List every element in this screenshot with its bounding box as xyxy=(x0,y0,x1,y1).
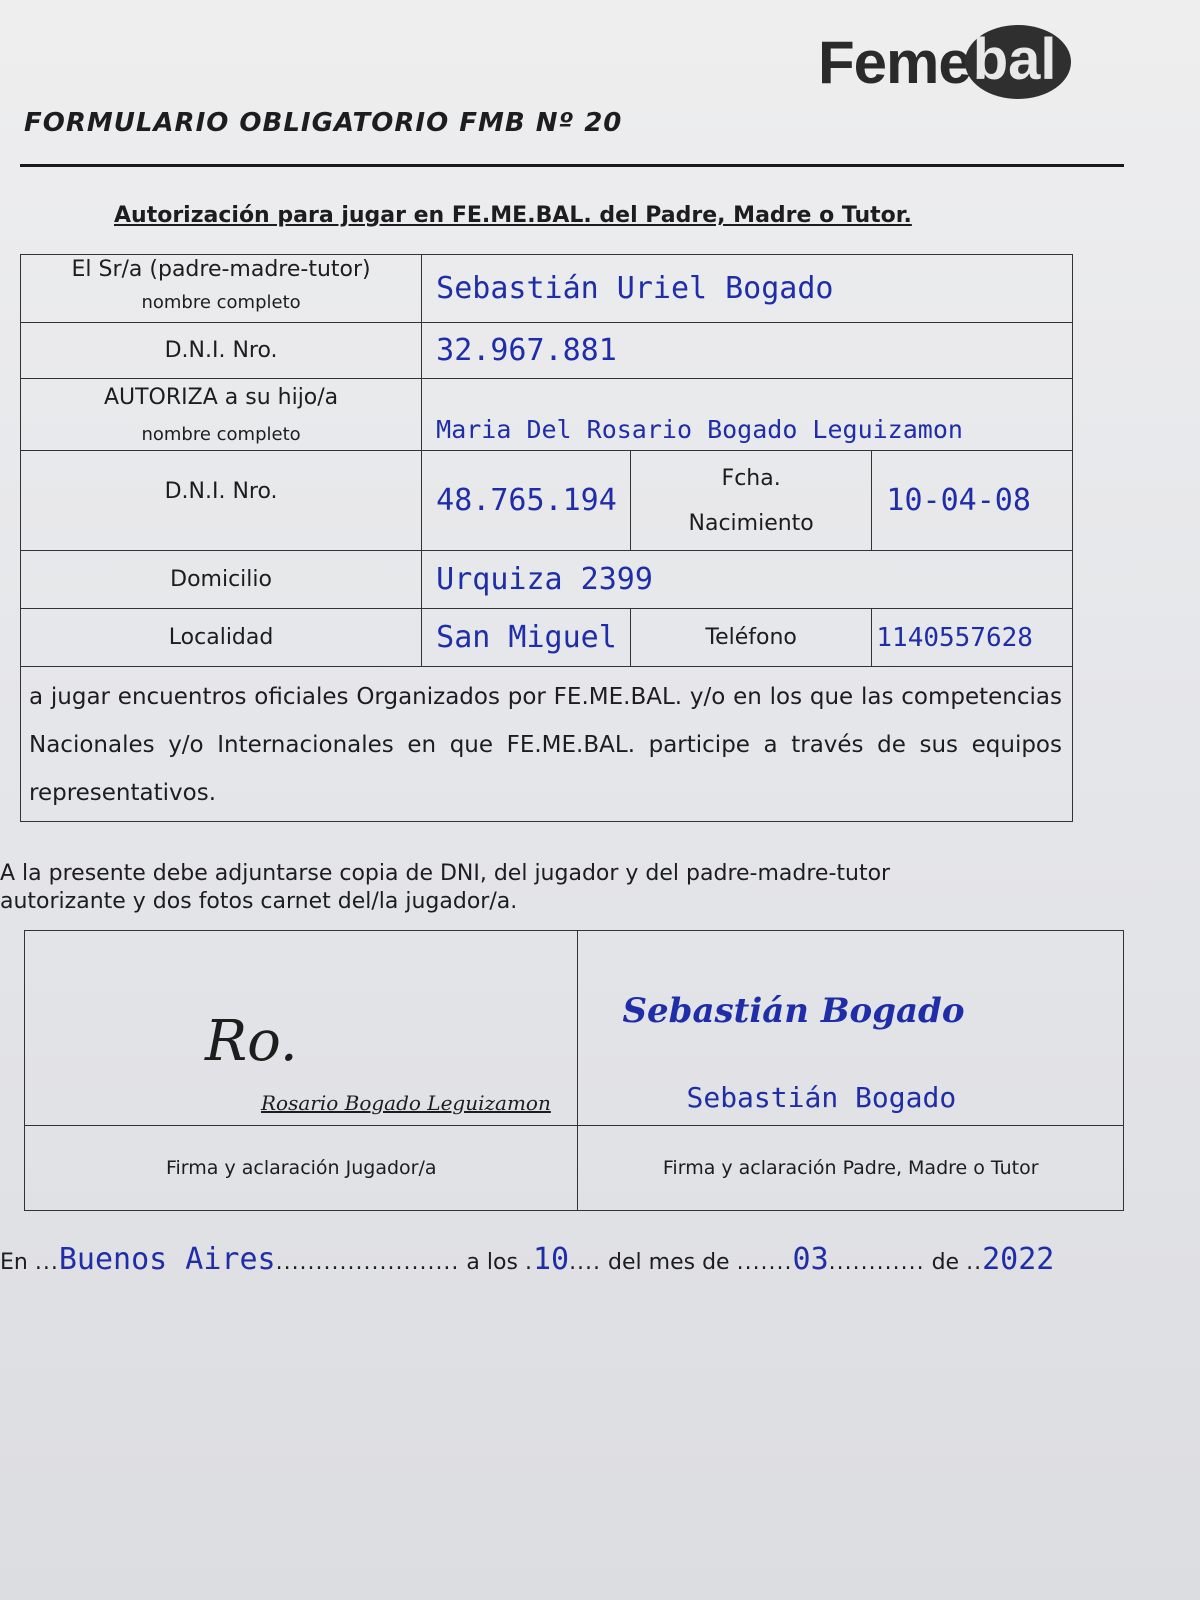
month-field[interactable]: 03 xyxy=(793,1242,829,1277)
femebal-logo: Femebal xyxy=(818,22,1071,102)
de-label: de xyxy=(932,1250,960,1275)
birth-date-label-cell: Fcha. Nacimiento xyxy=(630,451,872,551)
guardian-signature-caption: Firma y aclaración Padre, Madre o Tutor xyxy=(578,1126,1124,1211)
authorization-table: El Sr/a (padre-madre-tutor) nombre compl… xyxy=(20,254,1073,822)
child-label-cell: AUTORIZA a su hijo/a nombre completo xyxy=(21,379,422,451)
guardian-clarification: Sebastián Bogado xyxy=(686,1081,956,1114)
guardian-label: El Sr/a (padre-madre-tutor) xyxy=(21,257,421,282)
place-field[interactable]: Buenos Aires xyxy=(59,1242,276,1277)
player-signature: Ro. xyxy=(205,1009,298,1074)
day-field[interactable]: 10 xyxy=(533,1242,569,1277)
birth-date-field[interactable]: 10-04-08 xyxy=(872,451,1073,551)
guardian-name-field[interactable]: Sebastián Uriel Bogado xyxy=(422,255,1073,323)
birth-label-2: Nacimiento xyxy=(631,511,872,536)
child-dni-label: D.N.I. Nro. xyxy=(21,451,422,551)
attachment-note: A la presente debe adjuntarse copia de D… xyxy=(0,860,890,916)
child-dni-field[interactable]: 48.765.194 xyxy=(422,451,631,551)
note-line-2: autorizante y dos fotos carnet del/la ju… xyxy=(0,888,890,916)
locality-field[interactable]: San Miguel xyxy=(422,609,631,667)
logo-text: Feme xyxy=(818,28,971,97)
a-los-label: a los xyxy=(466,1250,518,1275)
locality-label: Localidad xyxy=(21,609,422,667)
phone-field[interactable]: 1140557628 xyxy=(872,609,1073,667)
player-signature-box[interactable]: Ro. Rosario Bogado Leguizamon xyxy=(25,931,578,1126)
note-line-1: A la presente debe adjuntarse copia de D… xyxy=(0,860,890,888)
guardian-name-label: nombre completo xyxy=(21,292,421,313)
header-divider xyxy=(20,164,1124,167)
guardian-dni-field[interactable]: 32.967.881 xyxy=(422,323,1073,379)
guardian-dni-label: D.N.I. Nro. xyxy=(21,323,422,379)
child-name-field[interactable]: Maria Del Rosario Bogado Leguizamon xyxy=(422,379,1073,451)
place-date-line: En ...Buenos Aires......................… xyxy=(0,1242,1054,1277)
en-label: En xyxy=(0,1250,28,1275)
address-label: Domicilio xyxy=(21,551,422,609)
guardian-signature-box[interactable]: Sebastián Bogado Sebastián Bogado xyxy=(578,931,1124,1126)
signature-table: Ro. Rosario Bogado Leguizamon Sebastián … xyxy=(24,930,1124,1211)
child-name-label: nombre completo xyxy=(21,424,421,445)
logo-badge: bal xyxy=(965,25,1071,99)
birth-label-1: Fcha. xyxy=(631,466,872,491)
guardian-signature: Sebastián Bogado xyxy=(622,991,964,1031)
player-signature-caption: Firma y aclaración Jugador/a xyxy=(25,1126,578,1211)
player-clarification: Rosario Bogado Leguizamon xyxy=(261,1091,551,1115)
address-field[interactable]: Urquiza 2399 xyxy=(422,551,1073,609)
guardian-label-cell: El Sr/a (padre-madre-tutor) nombre compl… xyxy=(21,255,422,323)
form-title: FORMULARIO OBLIGATORIO FMB Nº 20 xyxy=(24,108,622,138)
form-subtitle: Autorización para jugar en FE.ME.BAL. de… xyxy=(114,203,912,228)
authorization-text: a jugar encuentros oficiales Organizados… xyxy=(21,667,1073,822)
mes-label: del mes de xyxy=(608,1250,730,1275)
authorizes-label: AUTORIZA a su hijo/a xyxy=(21,385,421,410)
phone-label: Teléfono xyxy=(630,609,872,667)
year-field[interactable]: 2022 xyxy=(982,1242,1054,1277)
